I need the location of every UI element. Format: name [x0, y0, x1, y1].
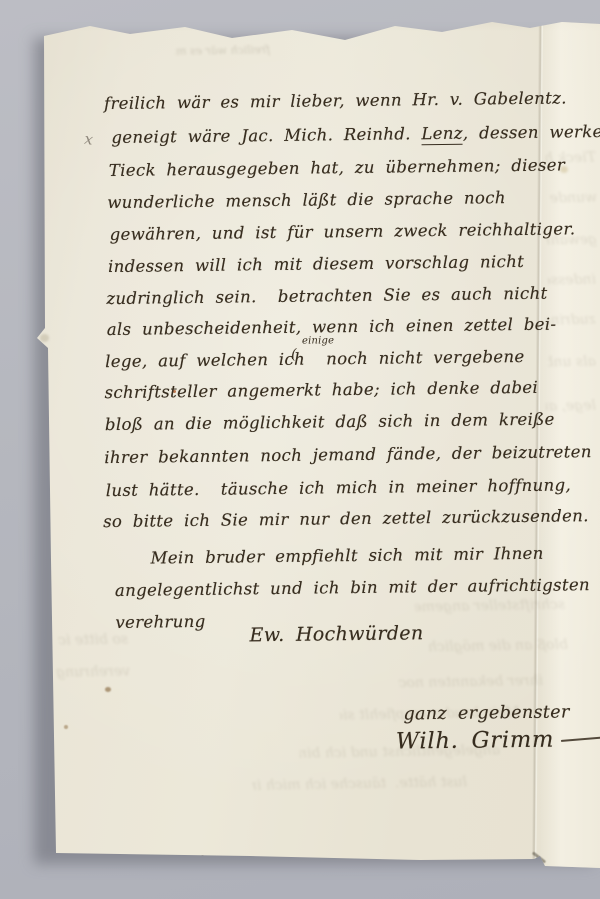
- photo-backdrop: freilich wär es mir lieber, wenn Hr. v. …: [0, 0, 600, 899]
- letter-line-6: indessen will ich mit diesem vorschlag n…: [108, 252, 524, 276]
- margin-mark-x: x: [83, 130, 94, 149]
- letter-line-13: lust hätte. täusche ich mich in meiner h…: [106, 475, 572, 500]
- closing-line-2: angelegentlichst und ich bin mit der auf…: [115, 575, 590, 600]
- letter-line-4: wunderliche mensch läßt die sprache noch: [107, 188, 506, 212]
- insertion-caret: (: [291, 347, 297, 363]
- letter-line-12: ihrer bekannten noch jemand fände, der b…: [104, 442, 592, 467]
- letter-body: x freilich wär es mir lieber, wenn Hr. v…: [0, 0, 600, 899]
- line2-pre: geneigt wäre Jac. Mich. Reinhd.: [111, 124, 421, 147]
- closing-address: Ew. Hochwürden: [249, 622, 423, 646]
- signature-name: Wilh. Grimm: [396, 727, 555, 755]
- closing-line-1: Mein bruder empfiehlt sich mit mir Ihnen: [150, 544, 543, 568]
- letter-line-14: so bitte ich Sie mir nur den zettel zurü…: [103, 506, 589, 531]
- signature-flourish: [561, 737, 600, 742]
- closing-line-3: verehrung: [115, 612, 205, 632]
- letter-line-10: schriftsteller angemerkt habe; ich denke…: [104, 378, 538, 402]
- letter-line-9: lege, auf welchen ich noch nicht vergebe…: [105, 347, 525, 371]
- letter-line-2: geneigt wäre Jac. Mich. Reinhd. Lenz, de…: [111, 122, 600, 147]
- letter-line-1: freilich wär es mir lieber, wenn Hr. v. …: [104, 88, 567, 113]
- letter-line-5: gewähren, und ist für unsern zweck reich…: [110, 219, 576, 244]
- letter-line-7: zudringlich sein. betrachten Sie es auch…: [106, 284, 547, 308]
- line2-post: , dessen werke: [463, 122, 600, 143]
- underlined-name-lenz: Lenz: [421, 124, 463, 146]
- letter-page: freilich wär es mir lieber, wenn Hr. v. …: [0, 0, 600, 899]
- inserted-word: einige: [302, 335, 334, 346]
- signature: Wilh. Grimm: [396, 726, 600, 755]
- letter-line-3: Tieck herausgegeben hat, zu übernehmen; …: [109, 155, 565, 180]
- valediction: ganz ergebenster: [403, 702, 569, 724]
- letter-line-11: bloß an die möglichkeit daß sich in dem …: [105, 410, 555, 434]
